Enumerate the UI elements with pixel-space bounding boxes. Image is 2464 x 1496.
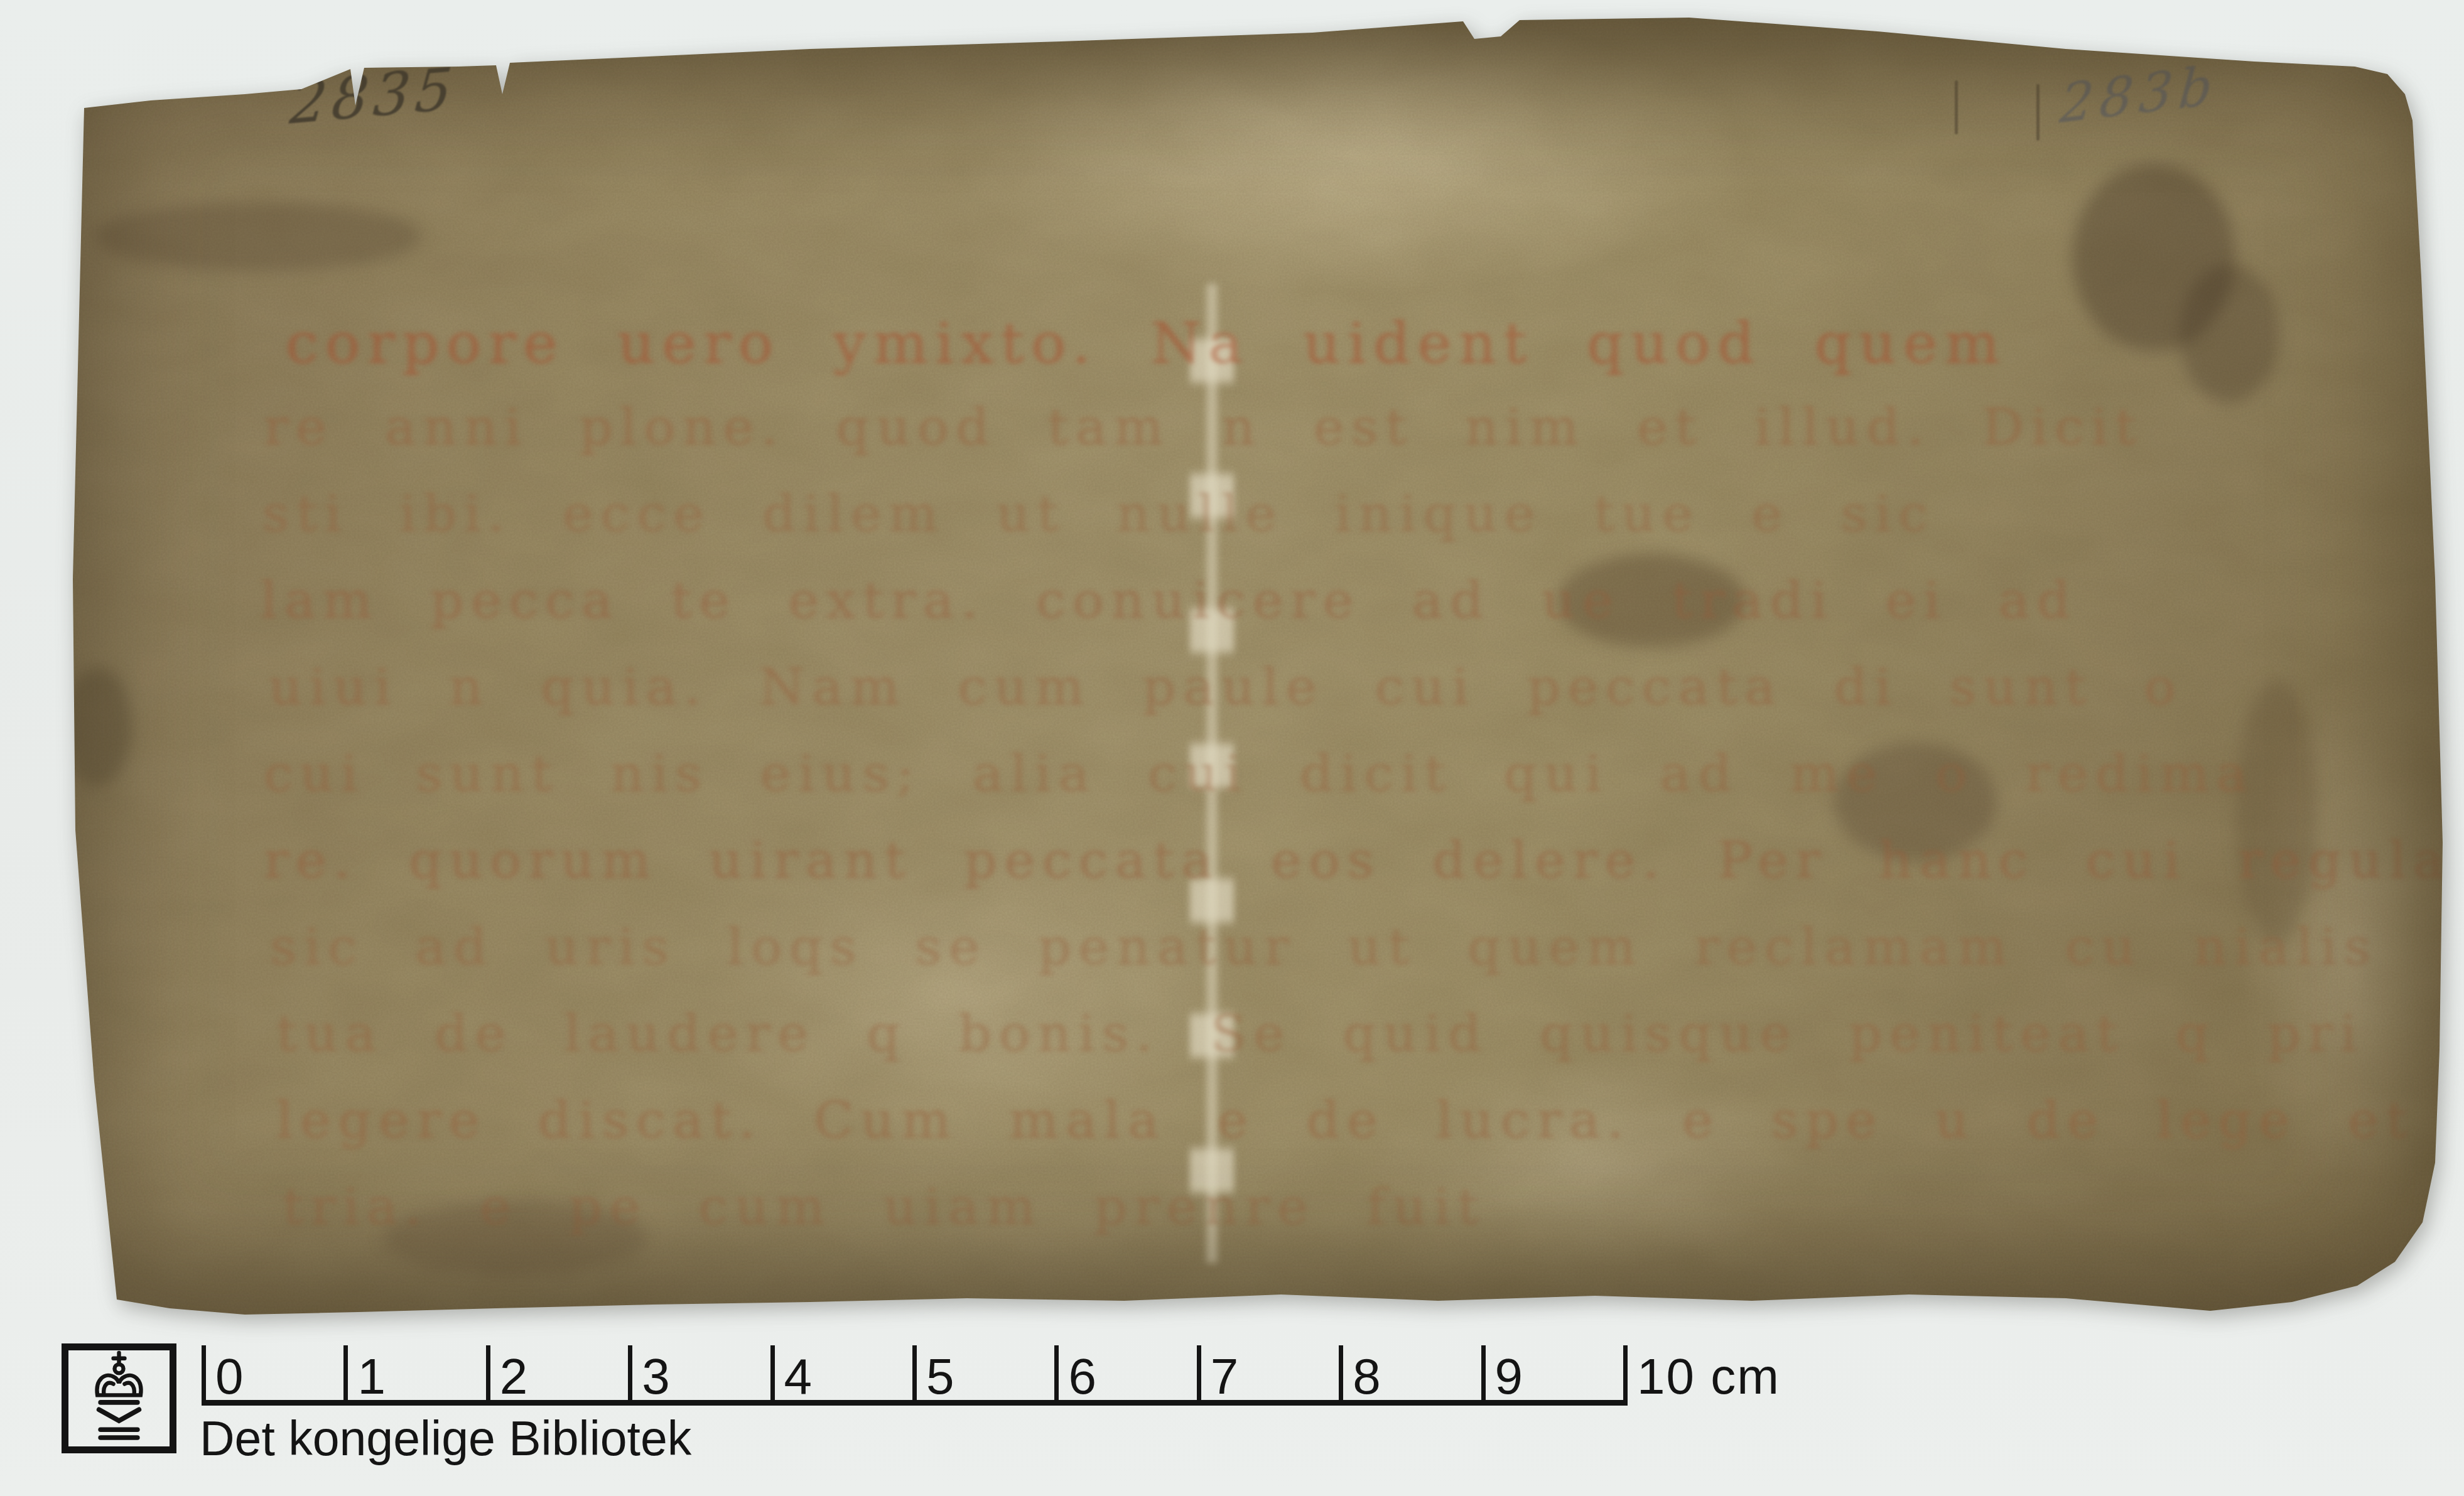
scale-bar-tick (202, 1345, 206, 1404)
scale-bar-tick (1197, 1345, 1201, 1404)
scale-bar-tick (1339, 1345, 1343, 1404)
scale-bar-tick-label: 4 (784, 1348, 814, 1406)
scale-bar-tick (912, 1345, 917, 1404)
photo-background: 2835 283b corpore uero ymixto. Na uident… (0, 0, 2464, 1496)
scale-bar-tick (1623, 1345, 1628, 1404)
scale-bar-tick-label: 8 (1353, 1348, 1382, 1406)
scale-bar-tick (770, 1345, 775, 1404)
scale-bar-tick (343, 1345, 348, 1404)
scale-bar-tick-label: 7 (1211, 1348, 1240, 1406)
scale-bar-tick (1481, 1345, 1486, 1404)
scale-bar-tick-label: 1 (357, 1348, 387, 1406)
scale-bar-tick-label: 5 (926, 1348, 956, 1406)
scale-bar-tick-label: 10 cm (1637, 1348, 1780, 1406)
scale-bar-tick (1054, 1345, 1059, 1404)
royal-library-logo (62, 1343, 176, 1453)
scale-bar-tick-label: 3 (642, 1348, 671, 1406)
scale-bar-tick (486, 1345, 490, 1404)
scale-bar-tick-label: 6 (1068, 1348, 1098, 1406)
scale-bar-tick-label: 0 (215, 1348, 245, 1406)
scale-bar-tick-label: 9 (1495, 1348, 1525, 1406)
crown-icon (68, 1350, 170, 1446)
institution-name: Det kongelige Bibliotek (200, 1411, 691, 1467)
scale-bar-tick (628, 1345, 632, 1404)
scale-bar: 012345678910 cm (0, 0, 2464, 1496)
scale-bar-tick-label: 2 (500, 1348, 529, 1406)
